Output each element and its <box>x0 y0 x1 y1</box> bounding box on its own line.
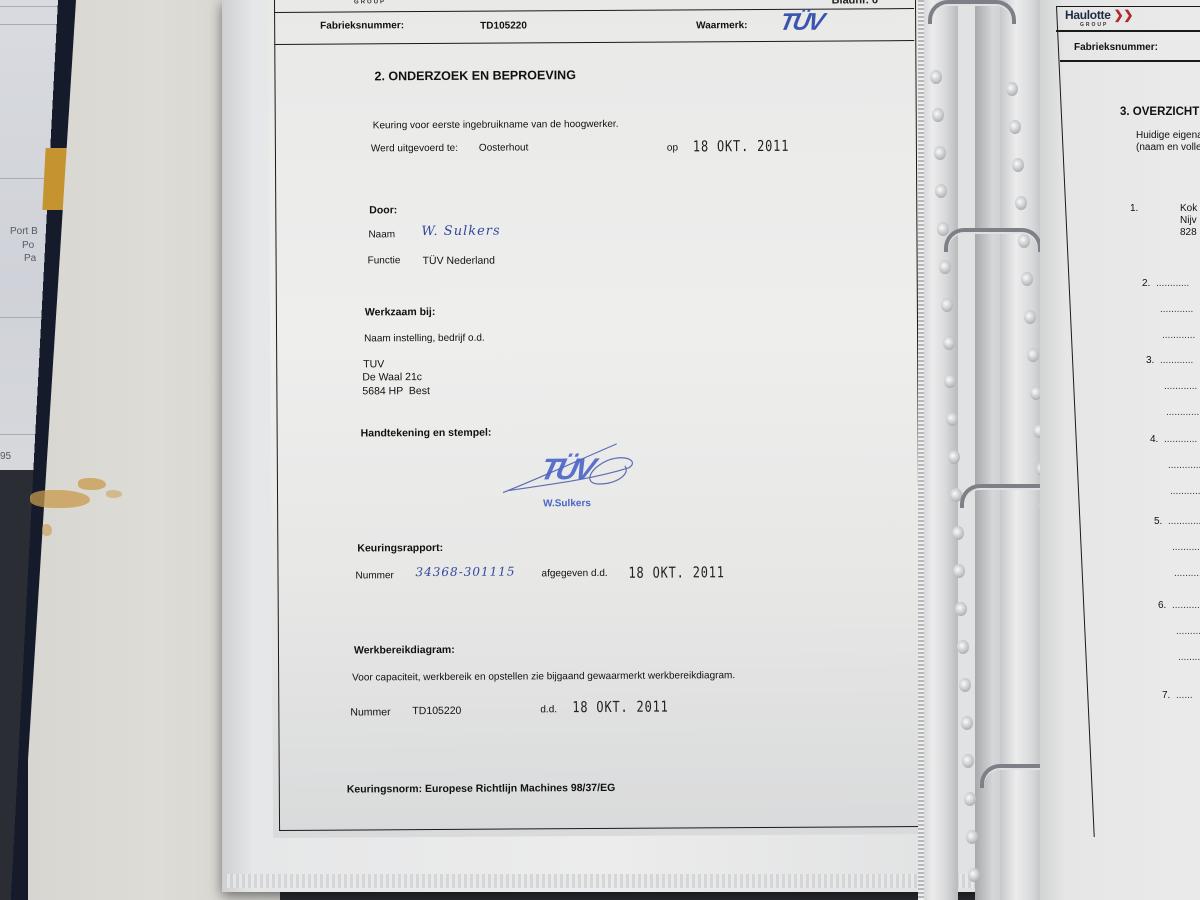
entry-number: 3. <box>1146 355 1154 366</box>
punch-hole <box>932 108 944 122</box>
diagram-date-stamp: 18 OKT. 2011 <box>572 698 668 717</box>
stain <box>42 524 52 536</box>
diagram-number-value: TD105220 <box>412 705 461 717</box>
punch-hole <box>1027 348 1039 362</box>
binder-ring[interactable] <box>944 228 1042 252</box>
diagram-text: Voor capaciteit, werkbereik en opstellen… <box>352 670 735 683</box>
next-document-page: Haulotte ❯❯ GROUP Fabrieksnummer: 3. OVE… <box>1040 0 1200 900</box>
entry-blank-line: ............ <box>1168 460 1200 471</box>
entry-blank-line: ............ <box>1156 278 1189 289</box>
entry-number: 6. <box>1158 600 1166 611</box>
by-heading: Door: <box>369 204 397 216</box>
entry-text: Nijv <box>1180 215 1197 226</box>
entry-text: Kok <box>1180 203 1197 214</box>
name-label: Naam <box>368 229 395 240</box>
punch-hole <box>1021 272 1033 286</box>
address-line: 5684 HP Best <box>362 385 430 397</box>
entry-blank-line: ............ <box>1160 304 1193 315</box>
punch-hole <box>943 336 955 350</box>
employer-heading: Werkzaam bij: <box>365 306 435 318</box>
entry-text: 828 <box>1180 227 1197 238</box>
punch-hole <box>961 716 973 730</box>
entry-number: 7. <box>1162 690 1170 701</box>
stamp-name: W.Sulkers <box>543 498 591 509</box>
entry-number: 1. <box>1130 203 1138 214</box>
entry-blank-line: ............ <box>1176 626 1200 637</box>
header-divider <box>1056 30 1200 32</box>
address-line: TUV <box>363 358 384 370</box>
owner-label: Huidige eigena <box>1136 130 1200 141</box>
punch-hole <box>952 526 964 540</box>
punch-hole <box>968 868 980 882</box>
report-number-handwritten: 34368-301115 <box>415 564 515 579</box>
punch-hole <box>930 70 942 84</box>
stain <box>106 490 122 498</box>
entry-blank-line: ............ <box>1168 516 1200 527</box>
diagram-heading: Werkbereikdiagram: <box>354 644 455 657</box>
punch-hole <box>1009 120 1021 134</box>
performed-at-value: Oosterhout <box>479 142 529 153</box>
punch-hole <box>966 830 978 844</box>
signature-heading: Handtekening en stempel: <box>361 427 492 440</box>
performed-on-date-stamp: 18 OKT. 2011 <box>693 137 789 156</box>
diagram-number-label: Nummer <box>350 706 390 718</box>
entry-blank-line: ............ <box>1164 434 1197 445</box>
punch-hole <box>934 146 946 160</box>
stain <box>30 490 90 508</box>
owner-sublabel: (naam en volle <box>1136 142 1200 153</box>
sleeve-edge <box>224 874 994 888</box>
binder-ring[interactable] <box>928 0 1016 24</box>
header-divider <box>1060 60 1200 62</box>
intro-text: Keuring voor eerste ingebruikname van de… <box>373 119 619 132</box>
section-title: 2. ONDERZOEK EN BEPROEVING <box>374 68 576 83</box>
factory-number-label: Fabrieksnummer: <box>1074 42 1158 53</box>
brand-name: Haulotte <box>1065 8 1111 22</box>
entry-blank-line: ............ <box>1170 486 1200 497</box>
entry-number: 5. <box>1154 516 1162 527</box>
punch-hole <box>1012 158 1024 172</box>
function-value: TÜV Nederland <box>423 255 495 267</box>
entry-blank-line: ............ <box>1162 330 1195 341</box>
entry-blank-line: ............ <box>1174 568 1200 579</box>
performed-on-label: op <box>667 142 678 153</box>
punch-hole <box>957 640 969 654</box>
entry-blank-line: ............ <box>1178 652 1200 663</box>
report-number-label: Nummer <box>355 570 393 581</box>
chevron-logo-icon: ❯❯ <box>1114 8 1134 22</box>
punch-hole <box>1006 82 1018 96</box>
section-title: 3. OVERZICHT <box>1120 106 1199 118</box>
punch-hole <box>959 678 971 692</box>
performed-at-label: Werd uitgevoerd te: <box>371 143 458 155</box>
tuv-stamp-icon: TÜV <box>537 455 595 485</box>
report-issued-label: afgegeven d.d. <box>541 568 607 579</box>
entry-number: 4. <box>1150 434 1158 445</box>
entry-blank-line: ............ <box>1172 600 1200 611</box>
entry-blank-line: ............ <box>1160 355 1193 366</box>
entry-number: 2. <box>1142 278 1150 289</box>
address-line: De Waal 21c <box>362 371 422 383</box>
entry-blank-line: ............ <box>1166 407 1199 418</box>
sleeve-perforation <box>918 0 924 900</box>
punch-hole <box>1015 196 1027 210</box>
report-issued-date-stamp: 18 OKT. 2011 <box>628 563 724 582</box>
entry-blank-line: ............ <box>1164 381 1197 392</box>
diagram-date-label: d.d. <box>540 704 557 715</box>
entry-blank-line: ............ <box>1172 542 1200 553</box>
stain <box>78 478 106 490</box>
haulotte-logo: Haulotte ❯❯ <box>1065 8 1133 22</box>
inspection-document: GROUP Bladnr. 6 Fabrieksnummer: TD105220… <box>268 0 927 838</box>
employer-subheading: Naam instelling, bedrijf o.d. <box>364 333 485 345</box>
inspection-norm: Keuringsnorm: Europese Richtlijn Machine… <box>347 782 615 796</box>
brand-group: GROUP <box>1080 22 1108 28</box>
name-handwritten: W. Sulkers <box>421 224 500 239</box>
punch-hole <box>948 450 960 464</box>
punch-hole <box>941 298 953 312</box>
entry-blank-line: ...... <box>1176 690 1193 701</box>
report-heading: Keuringsrapport: <box>357 542 443 555</box>
punch-hole <box>939 260 951 274</box>
function-label: Functie <box>368 255 401 266</box>
punch-hole <box>1024 310 1036 324</box>
